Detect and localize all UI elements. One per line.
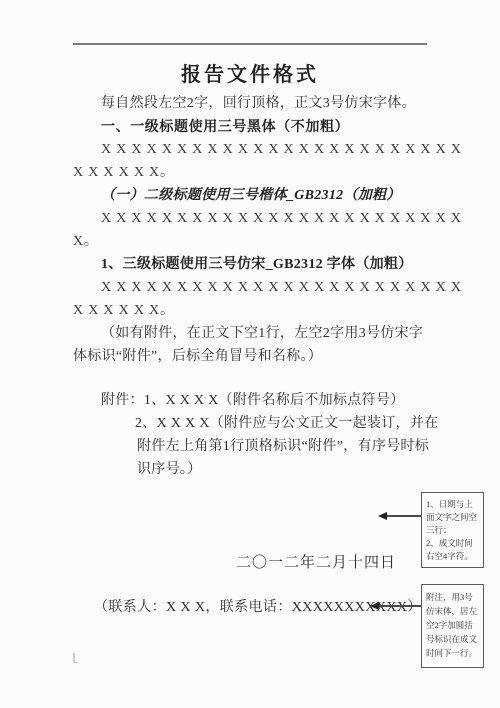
callout-box-date-rules: 1、日期与上 面文字之间空 三行； 2、成文时间 右空4字符。	[421, 492, 484, 568]
callout-text: 三行；	[426, 524, 479, 537]
callout-box-note-rules: 附注，用3号 仿宋体，居左 空2字加圆括 号标识在成文 时间下一行。	[421, 584, 484, 668]
attachment-item-2-cont: 附件左上角第1行顶格标识“附件”，有序号时标	[73, 435, 429, 458]
document-date: 二〇一二年二月十四日	[236, 551, 396, 572]
left-arrow-icon	[378, 512, 387, 520]
callout-text: 1、日期与上	[426, 498, 479, 511]
placeholder-text-row: X X X X X X。	[73, 299, 429, 322]
attachment-item-2: 2、X X X X（附件应与公文正文一起装订，并在	[73, 412, 429, 435]
blank-line	[73, 368, 429, 389]
page-title: 报告文件格式	[0, 58, 500, 87]
callout-text: 空2字加圆括	[426, 618, 479, 632]
document-body: 每自然段左空2字，回行顶格，正文3号仿宋字体。 一、一级标题使用三号黑体（不加粗…	[73, 92, 429, 481]
callout-text: 面文字之间空	[426, 511, 479, 524]
body-paragraph: 每自然段左空2字，回行顶格，正文3号仿宋字体。	[73, 92, 429, 115]
callout-text: 附注，用3号	[426, 590, 479, 604]
placeholder-text-row: X X X X X X X X X X X X X X X X X X X X …	[73, 207, 429, 230]
attachment-item-1: 附件：1、X X X X（附件名称后不加标点符号）	[73, 389, 429, 412]
callout-text: 号标识在成文	[426, 632, 479, 646]
callout-text: 仿宋体，居左	[426, 604, 479, 618]
placeholder-text-row: X X X X X X X X X X X X X X X X X X X X …	[73, 138, 429, 161]
placeholder-text-row: X。	[73, 230, 429, 253]
callout-arrow-line	[386, 515, 421, 517]
placeholder-text-row: X X X X X X X X X X X X X X X X X X X X …	[73, 276, 429, 299]
left-arrow-icon	[370, 602, 379, 610]
callout-arrow-line	[378, 605, 421, 607]
heading-level-3: 1、三级标题使用三号仿宋_GB2312 字体（加粗）	[73, 253, 429, 276]
scan-artifact-mark	[73, 653, 78, 663]
heading-level-1: 一、一级标题使用三号黑体（不加粗）	[73, 115, 429, 138]
document-page: 报告文件格式 每自然段左空2字，回行顶格，正文3号仿宋字体。 一、一级标题使用三…	[0, 0, 500, 708]
attachment-note-line: 体标识“附件”，后标全角冒号和名称。）	[73, 345, 429, 368]
callout-text: 时间下一行。	[426, 646, 479, 660]
callout-text: 2、成文时间	[426, 537, 479, 550]
attachment-note-line: （如有附件，在正文下空1行，左空2字用3号仿宋字	[73, 322, 429, 345]
header-rule	[73, 43, 427, 45]
heading-level-2: （一）二级标题使用三号楷体_GB2312（加粗）	[73, 184, 429, 207]
callout-text: 右空4字符。	[426, 550, 479, 563]
placeholder-text-row: X X X X X X。	[73, 161, 429, 184]
attachment-item-2-cont: 识序号。）	[73, 458, 429, 481]
